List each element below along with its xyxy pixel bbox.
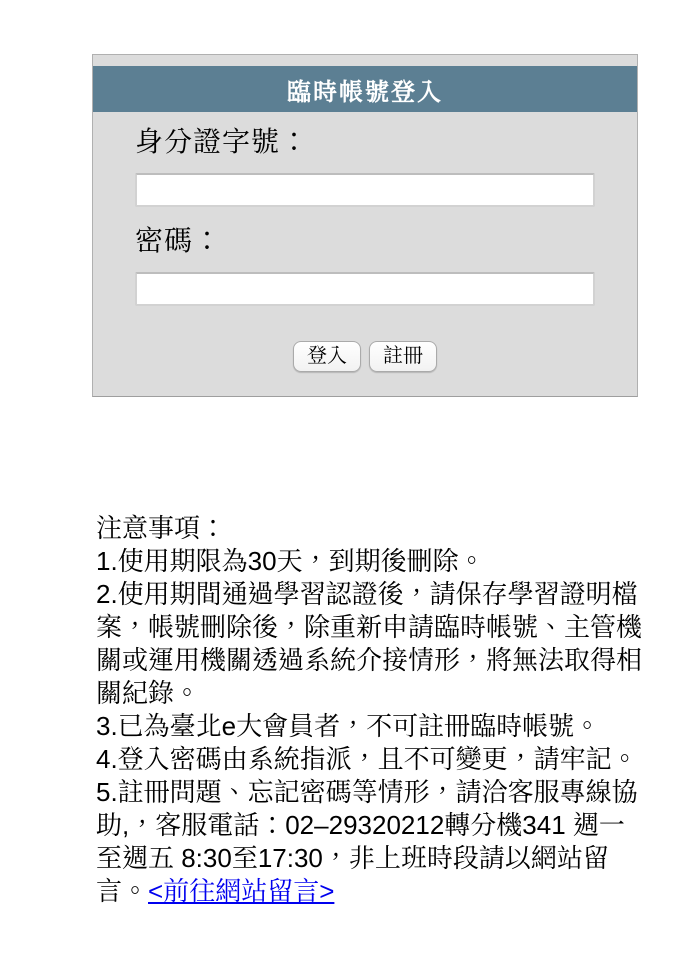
note-item-1: 1.使用期限為30天，到期後刪除。 [96,545,650,578]
register-button[interactable]: 註冊 [369,341,437,372]
login-button[interactable]: 登入 [293,341,361,372]
id-number-label: 身分證字號： [135,125,595,159]
note-item-2: 2.使用期間通過學習認證後，請保存學習證明檔案，帳號刪除後，除重新申請臨時帳號、… [96,578,650,710]
password-input[interactable] [135,272,595,306]
login-form: 身分證字號： 密碼： 登入 註冊 [93,125,637,372]
page-title: 臨時帳號登入 [287,72,443,107]
password-label: 密碼： [135,224,595,258]
login-panel-header: 臨時帳號登入 [93,66,637,112]
goto-site-message-link[interactable]: <前往網站留言> [148,876,334,906]
note-item-5: 5.註冊問題、忘記密碼等情形，請洽客服專線協助,，客服電話：02–2932021… [96,776,650,908]
form-buttons-row: 登入 註冊 [135,341,595,372]
login-panel: 臨時帳號登入 身分證字號： 密碼： 登入 註冊 [92,54,638,397]
note-item-4: 4.登入密碼由系統指派，且不可變更，請牢記。 [96,743,650,776]
notes-heading: 注意事項： [96,512,650,545]
notes-section: 注意事項： 1.使用期限為30天，到期後刪除。 2.使用期間通過學習認證後，請保… [96,512,650,908]
id-number-input[interactable] [135,173,595,207]
note-item-3: 3.已為臺北e大會員者，不可註冊臨時帳號。 [96,710,650,743]
page: { "colors": { "header_background": "#5c7… [0,0,700,967]
